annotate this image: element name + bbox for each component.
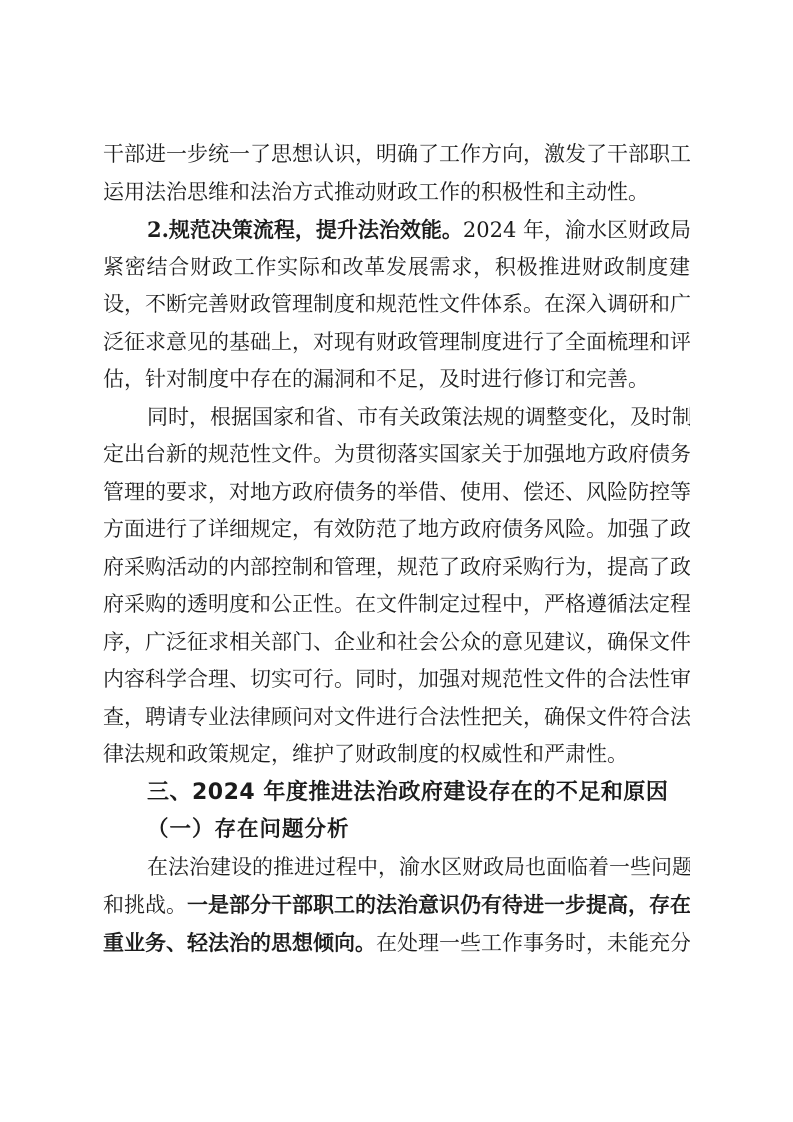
text-line: 律法规和政策规定，维护了财政制度的权威性和严肃性。 — [103, 736, 690, 774]
text-line: 在法治建设的推进过程中，渝水区财政局也面临着一些问题 — [103, 849, 690, 887]
text-run: 泛征求意见的基础上，对现有财政管理制度进行了全面梳理和评 — [103, 330, 690, 354]
section-heading: 三、2024 年度推进法治政府建设存在的不足和原因 — [103, 774, 690, 812]
text-run: 在处理一些工作事务时，未能充分 — [376, 931, 690, 955]
text-line: 运用法治思维和法治方式推动财政工作的积极性和主动性。 — [103, 174, 690, 212]
bold-text-run: 一是部分干部职工的法治意识仍有待进一步提高，存在 — [187, 892, 690, 917]
text-run: 查，聘请专业法律顾问对文件进行合法性把关，确保文件符合法 — [103, 705, 690, 729]
text-run: 律法规和政策规定，维护了财政制度的权威性和严肃性。 — [103, 742, 628, 766]
text-run: 府采购的透明度和公正性。在文件制定过程中，严格遵循法定程 — [103, 592, 690, 616]
text-run: 管理的要求，对地方政府债务的举借、使用、偿还、风险防控等 — [103, 480, 690, 504]
text-line: 府采购的透明度和公正性。在文件制定过程中，严格遵循法定程 — [103, 586, 690, 624]
text-line: 内容科学合理、切实可行。同时，加强对规范性文件的合法性审 — [103, 661, 690, 699]
text-line: 序，广泛征求相关部门、企业和社会公众的意见建议，确保文件 — [103, 624, 690, 662]
text-line: 查，聘请专业法律顾问对文件进行合法性把关，确保文件符合法 — [103, 699, 690, 737]
text-line: 定出台新的规范性文件。为贯彻落实国家关于加强地方政府债务 — [103, 436, 690, 474]
bold-text-run: （一）存在问题分析 — [147, 817, 350, 842]
text-run: 府采购活动的内部控制和管理，规范了政府采购行为，提高了政 — [103, 555, 690, 579]
text-run: 2024 年，渝水区财政局 — [463, 218, 690, 242]
text-line: 重业务、轻法治的思想倾向。在处理一些工作事务时，未能充分 — [103, 924, 690, 962]
text-run: 内容科学合理、切实可行。同时，加强对规范性文件的合法性审 — [103, 667, 690, 691]
text-line: 2.规范决策流程，提升法治效能。2024 年，渝水区财政局 — [103, 211, 690, 249]
text-run: 定出台新的规范性文件。为贯彻落实国家关于加强地方政府债务 — [103, 442, 690, 466]
text-run: 在法治建设的推进过程中，渝水区财政局也面临着一些问题 — [147, 855, 690, 879]
subsection-heading: （一）存在问题分析 — [103, 811, 690, 849]
text-run: 运用法治思维和法治方式推动财政工作的积极性和主动性。 — [103, 180, 649, 204]
text-run: 同时，根据国家和省、市有关政策法规的调整变化，及时制 — [147, 405, 690, 429]
text-run: 序，广泛征求相关部门、企业和社会公众的意见建议，确保文件 — [103, 630, 690, 654]
text-line: 干部进一步统一了思想认识，明确了工作方向，激发了干部职工 — [103, 136, 690, 174]
text-line: 设，不断完善财政管理制度和规范性文件体系。在深入调研和广 — [103, 286, 690, 324]
text-run: 估，针对制度中存在的漏洞和不足，及时进行修订和完善。 — [103, 367, 649, 391]
text-line: 府采购活动的内部控制和管理，规范了政府采购行为，提高了政 — [103, 549, 690, 587]
text-run: 紧密结合财政工作实际和改革发展需求，积极推进财政制度建 — [103, 255, 690, 279]
document-page: 干部进一步统一了思想认识，明确了工作方向，激发了干部职工运用法治思维和法治方式推… — [0, 0, 793, 1122]
text-run: 和挑战。 — [103, 893, 187, 917]
text-run: 干部进一步统一了思想认识，明确了工作方向，激发了干部职工 — [103, 142, 690, 166]
bold-text-run: 重业务、轻法治的思想倾向。 — [103, 930, 376, 955]
bold-text-run: 2.规范决策流程，提升法治效能。 — [147, 217, 463, 242]
text-line: 估，针对制度中存在的漏洞和不足，及时进行修订和完善。 — [103, 361, 690, 399]
text-line: 和挑战。一是部分干部职工的法治意识仍有待进一步提高，存在 — [103, 886, 690, 924]
text-line: 紧密结合财政工作实际和改革发展需求，积极推进财政制度建 — [103, 249, 690, 287]
document-body: 干部进一步统一了思想认识，明确了工作方向，激发了干部职工运用法治思维和法治方式推… — [103, 136, 690, 961]
text-line: 管理的要求，对地方政府债务的举借、使用、偿还、风险防控等 — [103, 474, 690, 512]
text-line: 泛征求意见的基础上，对现有财政管理制度进行了全面梳理和评 — [103, 324, 690, 362]
text-line: 同时，根据国家和省、市有关政策法规的调整变化，及时制 — [103, 399, 690, 437]
text-line: 方面进行了详细规定，有效防范了地方政府债务风险。加强了政 — [103, 511, 690, 549]
text-run: 方面进行了详细规定，有效防范了地方政府债务风险。加强了政 — [103, 517, 690, 541]
bold-text-run: 三、2024 年度推进法治政府建设存在的不足和原因 — [147, 780, 668, 805]
text-run: 设，不断完善财政管理制度和规范性文件体系。在深入调研和广 — [103, 292, 690, 316]
